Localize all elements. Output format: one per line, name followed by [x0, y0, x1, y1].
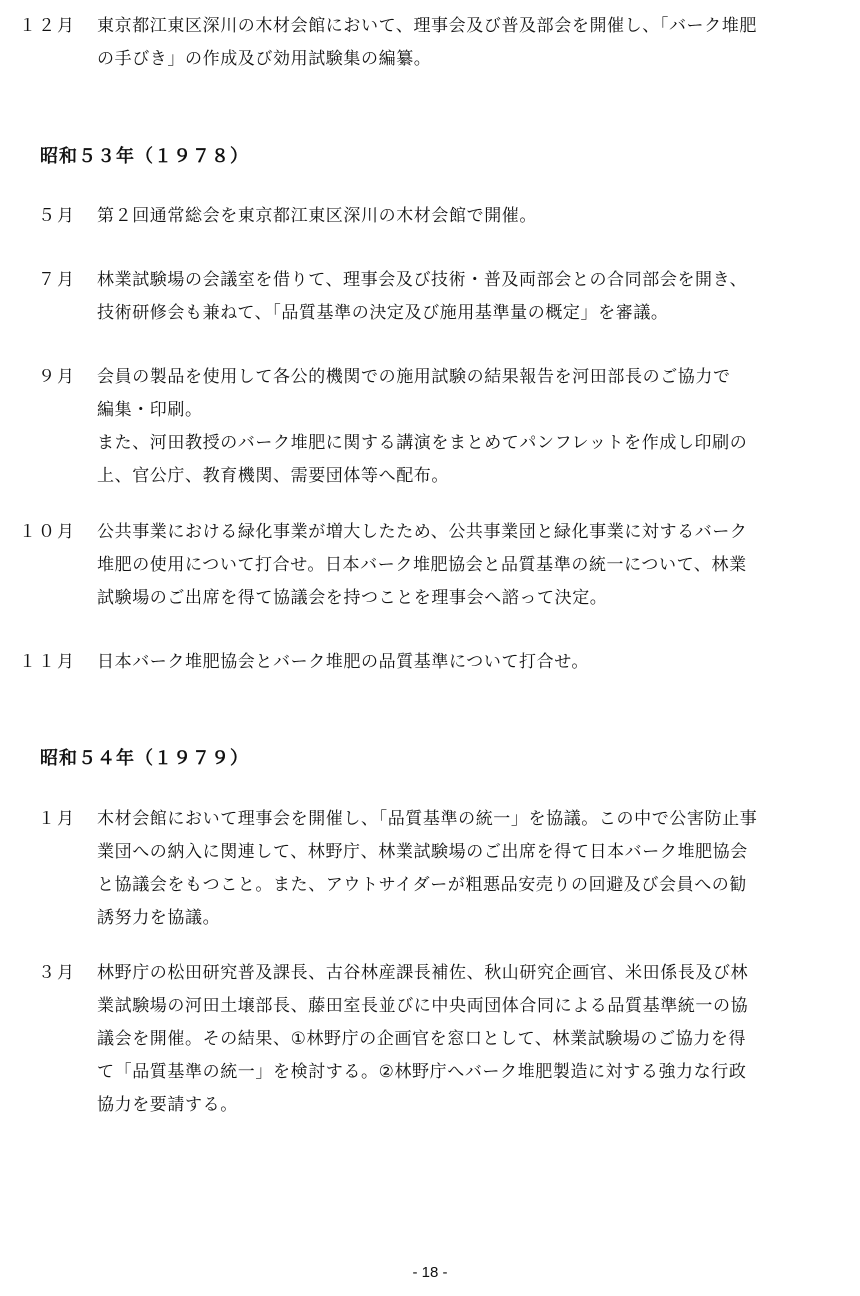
entry-line: 日本バーク堆肥協会とバーク堆肥の品質基準について打合せ。: [97, 646, 825, 679]
entry-body: 林業試験場の会議室を借りて、理事会及び技術・普及両部会との合同部会を開き、 技術…: [97, 264, 825, 330]
entry-body: 木材会館において理事会を開催し、「品質基準の統一」を協議。この中で公害防止事 業…: [97, 803, 825, 935]
entry-line: 会員の製品を使用して各公的機関での施用試験の結果報告を河田部長のご協力で: [97, 361, 825, 394]
entry-month: １２月: [0, 10, 76, 43]
entry-line: の手びき」の作成及び効用試験集の編纂。: [97, 43, 825, 76]
entry-line: 誘努力を協議。: [97, 902, 825, 935]
entry-body: 公共事業における緑化事業が増大したため、公共事業団と緑化事業に対するバーク 堆肥…: [97, 516, 825, 615]
entry-month: １０月: [0, 516, 76, 549]
entry-body: 会員の製品を使用して各公的機関での施用試験の結果報告を河田部長のご協力で 編集・…: [97, 361, 825, 493]
entry-line: 東京都江東区深川の木材会館において、理事会及び普及部会を開催し、「バーク堆肥: [97, 10, 825, 43]
entry-line: と協議会をもつこと。また、アウトサイダーが粗悪品安売りの回避及び会員への勧: [97, 869, 825, 902]
entry-line: 業試験場の河田土壌部長、藤田室長並びに中央両団体合同による品質基準統一の協: [97, 990, 825, 1023]
year-heading-1979: 昭和５４年（１９７９）: [40, 746, 249, 772]
entry-line: 公共事業における緑化事業が増大したため、公共事業団と緑化事業に対するバーク: [97, 516, 825, 549]
entry-line: また、河田教授のバーク堆肥に関する講演をまとめてパンフレットを作成し印刷の: [97, 427, 825, 460]
entry-month: ７月: [0, 264, 76, 297]
document-page: １２月 東京都江東区深川の木材会館において、理事会及び普及部会を開催し、「バーク…: [0, 0, 860, 1296]
entry-month: ３月: [0, 957, 76, 990]
entry-month: １月: [0, 803, 76, 836]
entry-line: 試験場のご出席を得て協議会を持つことを理事会へ諮って決定。: [97, 582, 825, 615]
entry-line: て「品質基準の統一」を検討する。②林野庁へバーク堆肥製造に対する強力な行政: [97, 1056, 825, 1089]
entry-body: 東京都江東区深川の木材会館において、理事会及び普及部会を開催し、「バーク堆肥 の…: [97, 10, 825, 76]
page-number: - 18 -: [0, 1264, 860, 1281]
entry-body: 日本バーク堆肥協会とバーク堆肥の品質基準について打合せ。: [97, 646, 825, 679]
entry-line: 林野庁の松田研究普及課長、古谷林産課長補佐、秋山研究企画官、米田係長及び林: [97, 957, 825, 990]
entry-line: 技術研修会も兼ねて、「品質基準の決定及び施用基準量の概定」を審議。: [97, 297, 825, 330]
entry-line: 第２回通常総会を東京都江東区深川の木材会館で開催。: [97, 200, 825, 233]
entry-line: 協力を要請する。: [97, 1089, 825, 1122]
entry-line: 堆肥の使用について打合せ。日本バーク堆肥協会と品質基準の統一について、林業: [97, 549, 825, 582]
entry-month: １１月: [0, 646, 76, 679]
entry-body: 第２回通常総会を東京都江東区深川の木材会館で開催。: [97, 200, 825, 233]
entry-line: 編集・印刷。: [97, 394, 825, 427]
entry-line: 上、官公庁、教育機関、需要団体等へ配布。: [97, 460, 825, 493]
entry-line: 議会を開催。その結果、①林野庁の企画官を窓口として、林業試験場のご協力を得: [97, 1023, 825, 1056]
entry-line: 木材会館において理事会を開催し、「品質基準の統一」を協議。この中で公害防止事: [97, 803, 825, 836]
entry-month: ９月: [0, 361, 76, 394]
entry-month: ５月: [0, 200, 76, 233]
entry-line: 業団への納入に関連して、林野庁、林業試験場のご出席を得て日本バーク堆肥協会: [97, 836, 825, 869]
entry-line: 林業試験場の会議室を借りて、理事会及び技術・普及両部会との合同部会を開き、: [97, 264, 825, 297]
year-heading-1978: 昭和５３年（１９７８）: [40, 144, 249, 170]
entry-body: 林野庁の松田研究普及課長、古谷林産課長補佐、秋山研究企画官、米田係長及び林 業試…: [97, 957, 825, 1122]
